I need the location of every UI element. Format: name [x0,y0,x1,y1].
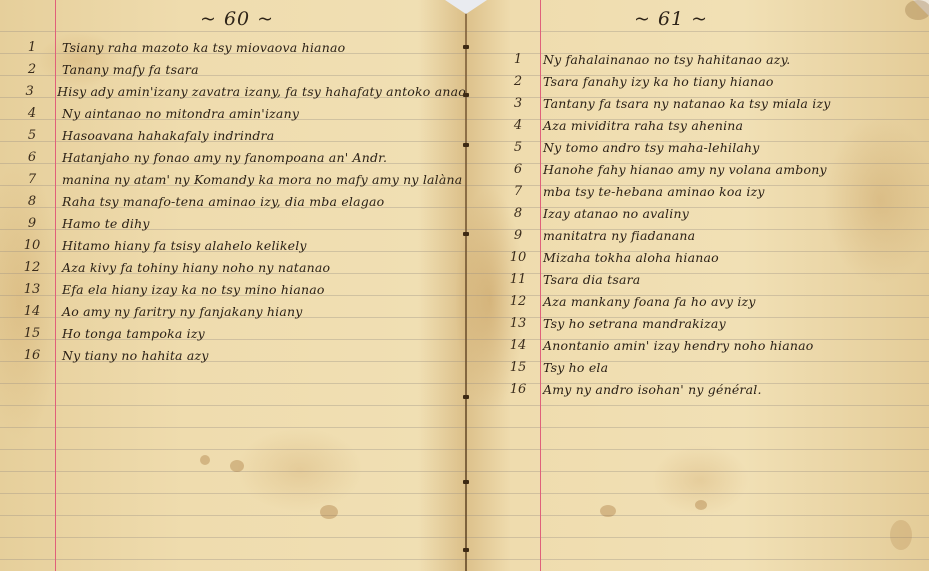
line-number: 15 [508,360,528,375]
right-page-lines: 1Ny fahalainanao no tsy hahitanao azy. 2… [466,48,929,400]
line-text: Ny tomo andro tsy maha-lehilahy [543,140,760,155]
line-number: 7 [508,184,528,199]
page-number-left: ~ 60 ~ [200,8,274,30]
line-text: Raha tsy manafo-tena aminao izy, dia mba… [62,194,384,209]
binding-stitch [463,45,469,49]
text-line: 1Tsiany raha mazoto ka tsy miovaova hian… [0,36,466,58]
line-number: 8 [22,194,42,209]
text-line: 6Hatanjaho ny fonao amy ny fanompoana an… [0,146,466,168]
foxing-stain [320,505,338,519]
line-text: mba tsy te-hebana aminao koa izy [543,184,765,199]
text-line: 9manitatra ny fiadanana [466,224,929,246]
text-line: 12Aza mankany foana fa ho avy izy [466,290,929,312]
text-line: 2Tsara fanahy izy ka ho tiany hianao [466,70,929,92]
line-text: Tantany fa tsara ny natanao ka tsy miala… [543,96,831,111]
page-notch [445,0,487,14]
line-text: Anontanio amin' izay hendry noho hianao [543,338,813,353]
notebook-spread: ~ 60 ~ 1Tsiany raha mazoto ka tsy miovao… [0,0,929,571]
line-number: 13 [22,282,42,297]
text-line: 8Raha tsy manafo-tena aminao izy, dia mb… [0,190,466,212]
foxing-stain [905,0,929,20]
line-text: Izay atanao no avaliny [543,206,689,221]
line-text: manina ny atam' ny Komandy ka mora no ma… [62,172,462,187]
text-line: 15Ho tonga tampoka izy [0,322,466,344]
text-line: 4Ny aintanao no mitondra amin'izany [0,102,466,124]
line-text: Ao amy ny faritry ny fanjakany hiany [62,304,303,319]
text-line: 1Ny fahalainanao no tsy hahitanao azy. [466,48,929,70]
line-text: Aza kivy fa tohiny hiany noho ny natanao [62,260,330,275]
line-text: Tsara fanahy izy ka ho tiany hianao [543,74,774,89]
text-line: 3Hisy ady amin'izany zavatra izany, fa t… [0,80,466,102]
text-line: 14Ao amy ny faritry ny fanjakany hiany [0,300,466,322]
line-text: Hanohe fahy hianao amy ny volana ambony [543,162,827,177]
line-text: Efa ela hiany izay ka no tsy mino hianao [62,282,325,297]
line-text: Ny tiany no hahita azy [62,348,209,363]
left-page: ~ 60 ~ 1Tsiany raha mazoto ka tsy miovao… [0,0,466,571]
line-number: 1 [508,52,528,67]
line-number: 15 [22,326,42,341]
text-line: 6Hanohe fahy hianao amy ny volana ambony [466,158,929,180]
text-line: 4Aza mividitra raha tsy ahenina [466,114,929,136]
text-line: 9Hamo te dihy [0,212,466,234]
line-text: Ny aintanao no mitondra amin'izany [62,106,299,121]
line-text: Hamo te dihy [62,216,150,231]
line-text: Mizaha tokha aloha hianao [543,250,719,265]
line-number: 1 [22,40,42,55]
line-number: 10 [22,238,42,253]
right-page: ~ 61 ~ 1Ny fahalainanao no tsy hahitanao… [466,0,929,571]
line-text: Aza mankany foana fa ho avy izy [543,294,756,309]
text-line: 13Tsy ho setrana mandrakizay [466,312,929,334]
line-text: Hisy ady amin'izany zavatra izany, fa ts… [57,84,466,99]
text-line: 16Ny tiany no hahita azy [0,344,466,366]
binding-stitch [463,93,469,97]
line-number: 9 [22,216,42,231]
line-number: 12 [22,260,42,275]
line-number: 2 [22,62,42,77]
text-line: 10Hitamo hiany fa tsisy alahelo kelikely [0,234,466,256]
text-line: 12Aza kivy fa tohiny hiany noho ny natan… [0,256,466,278]
text-line: 7mba tsy te-hebana aminao koa izy [466,180,929,202]
line-number: 16 [508,382,528,397]
line-number: 3 [22,84,37,99]
foxing-stain [890,520,912,550]
line-number: 4 [22,106,42,121]
line-text: Amy ny andro isohan' ny général. [543,382,762,397]
text-line: 3Tantany fa tsara ny natanao ka tsy mial… [466,92,929,114]
line-number: 6 [508,162,528,177]
line-number: 8 [508,206,528,221]
line-number: 4 [508,118,528,133]
line-number: 16 [22,348,42,363]
line-number: 13 [508,316,528,331]
line-number: 6 [22,150,42,165]
foxing-stain [600,505,616,517]
line-number: 2 [508,74,528,89]
binding-stitch [463,232,469,236]
text-line: 11Tsara dia tsara [466,268,929,290]
line-number: 3 [508,96,528,111]
line-number: 14 [22,304,42,319]
line-text: manitatra ny fiadanana [543,228,695,243]
line-text: Tsara dia tsara [543,272,640,287]
foxing-stain [200,455,210,465]
text-line: 15Tsy ho ela [466,356,929,378]
line-text: Ny fahalainanao no tsy hahitanao azy. [543,52,790,67]
binding-stitch [463,548,469,552]
line-number: 10 [508,250,528,265]
text-line: 14Anontanio amin' izay hendry noho hiana… [466,334,929,356]
line-text: Hitamo hiany fa tsisy alahelo kelikely [62,238,307,253]
binding-stitch [463,143,469,147]
line-number: 5 [508,140,528,155]
foxing-stain [230,460,244,472]
text-line: 5Hasoavana hahakafaly indrindra [0,124,466,146]
text-line: 5Ny tomo andro tsy maha-lehilahy [466,136,929,158]
text-line: 10Mizaha tokha aloha hianao [466,246,929,268]
line-text: Hatanjaho ny fonao amy ny fanompoana an'… [62,150,387,165]
line-number: 14 [508,338,528,353]
line-text: Tsy ho setrana mandrakizay [543,316,726,331]
text-line: 2Tanany mafy fa tsara [0,58,466,80]
foxing-stain [695,500,707,510]
line-text: Tsy ho ela [543,360,608,375]
page-number-right: ~ 61 ~ [634,8,708,30]
binding-stitch [463,395,469,399]
text-line: 16Amy ny andro isohan' ny général. [466,378,929,400]
binding-gutter [465,0,467,571]
line-number: 5 [22,128,42,143]
text-line: 7manina ny atam' ny Komandy ka mora no m… [0,168,466,190]
text-line: 13Efa ela hiany izay ka no tsy mino hian… [0,278,466,300]
line-text: Ho tonga tampoka izy [62,326,205,341]
line-number: 7 [22,172,42,187]
left-page-lines: 1Tsiany raha mazoto ka tsy miovaova hian… [0,36,466,366]
line-number: 9 [508,228,528,243]
line-text: Tanany mafy fa tsara [62,62,199,77]
line-text: Tsiany raha mazoto ka tsy miovaova hiana… [62,40,345,55]
line-text: Aza mividitra raha tsy ahenina [543,118,743,133]
line-number: 12 [508,294,528,309]
binding-stitch [463,480,469,484]
line-text: Hasoavana hahakafaly indrindra [62,128,274,143]
line-number: 11 [508,272,528,287]
text-line: 8Izay atanao no avaliny [466,202,929,224]
